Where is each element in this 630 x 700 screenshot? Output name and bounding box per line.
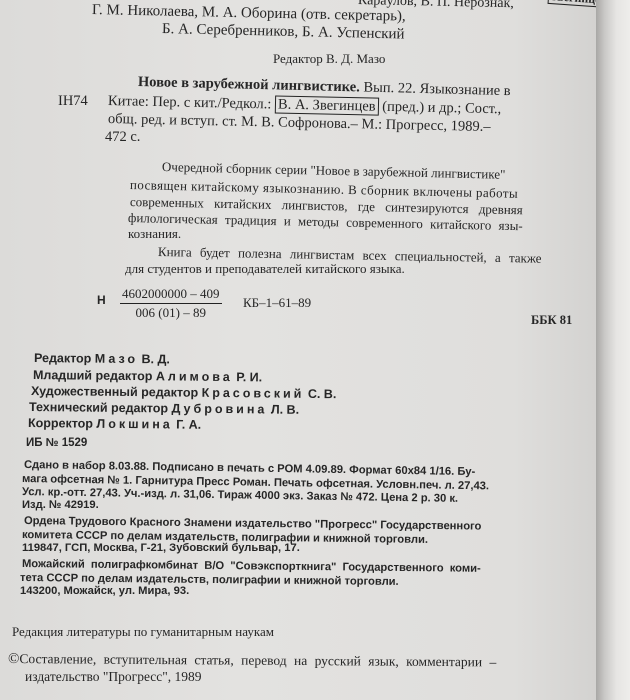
fraction-numerator: 4602000000 – 409 (120, 286, 222, 304)
credit-role: Корректор (28, 416, 93, 431)
copyright-line-1: ©Составление, вступительная статья, пере… (8, 652, 496, 670)
credit-role: Редактор (34, 351, 92, 366)
credit-role: Художественный редактор (31, 384, 198, 400)
editor-line: Редактор В. Д. Мазо (273, 52, 385, 65)
credit-initials: Л. В. (271, 403, 299, 417)
credit-name: Локшина (96, 417, 172, 432)
publisher-line: 119847, ГСП, Москва, Г-21, Зубовский бул… (22, 543, 300, 554)
credit-name: Дубровина (171, 401, 267, 416)
printer-line: 143200, Можайск, ул. Мира, 93. (20, 586, 189, 597)
bib-line-4: 472 с. (105, 130, 140, 145)
credit-name: Красовский (202, 386, 305, 401)
copyright-line-2: издательство "Прогресс", 1989 (25, 670, 202, 684)
credit-line: Младший редактор Алимова Р. И. (33, 369, 262, 384)
annotation-line: для студентов и преподавателей китайског… (125, 262, 405, 275)
editorial-board-line-2: Б. А. Серебренников, Б. А. Успенский (162, 22, 405, 42)
credit-line: Технический редактор Дубровина Л. В. (29, 401, 299, 416)
department-line: Редакция литературы по гуманитарным наук… (12, 625, 274, 638)
copyright-icon: © (8, 651, 20, 667)
credit-name: Алимова (156, 369, 233, 384)
credit-initials: Р. И. (236, 370, 262, 384)
credit-initials: В. Д. (141, 352, 170, 366)
credit-name: Мазо (95, 352, 138, 366)
credit-role: Младший редактор (33, 368, 153, 383)
boxed-author-name: В. А. Звегинцев (275, 96, 379, 116)
ib-number: ИБ № 1529 (26, 438, 87, 450)
print-info-line: Изд. № 42919. (22, 500, 99, 511)
kb-code: КБ–1–61–89 (243, 296, 311, 309)
annotation-line: кознания. (128, 227, 181, 240)
bib-code: IH74 (58, 94, 88, 109)
page-fold-shadow (596, 0, 630, 700)
annotation-line: Очередной сборник серии "Новое в зарубеж… (162, 160, 506, 181)
book-page: Карaулов, В. П. Нерознак, Звегинцев Г. М… (0, 0, 604, 700)
credit-initials: Г. А. (176, 418, 201, 432)
credit-line: Редактор Мазо В. Д. (34, 352, 170, 366)
classification-letter: Н (97, 294, 106, 306)
fraction-denominator: 006 (01) – 89 (120, 304, 222, 321)
classification-fraction: 4602000000 – 409 006 (01) – 89 (120, 286, 222, 321)
credit-role: Технический редактор (29, 400, 168, 415)
credit-line: Художественный редактор Красовский С. В. (31, 385, 336, 401)
credit-initials: С. В. (308, 387, 337, 401)
bbk-code: ББК 81 (531, 314, 572, 327)
credit-line: Корректор Локшина Г. А. (28, 417, 201, 431)
